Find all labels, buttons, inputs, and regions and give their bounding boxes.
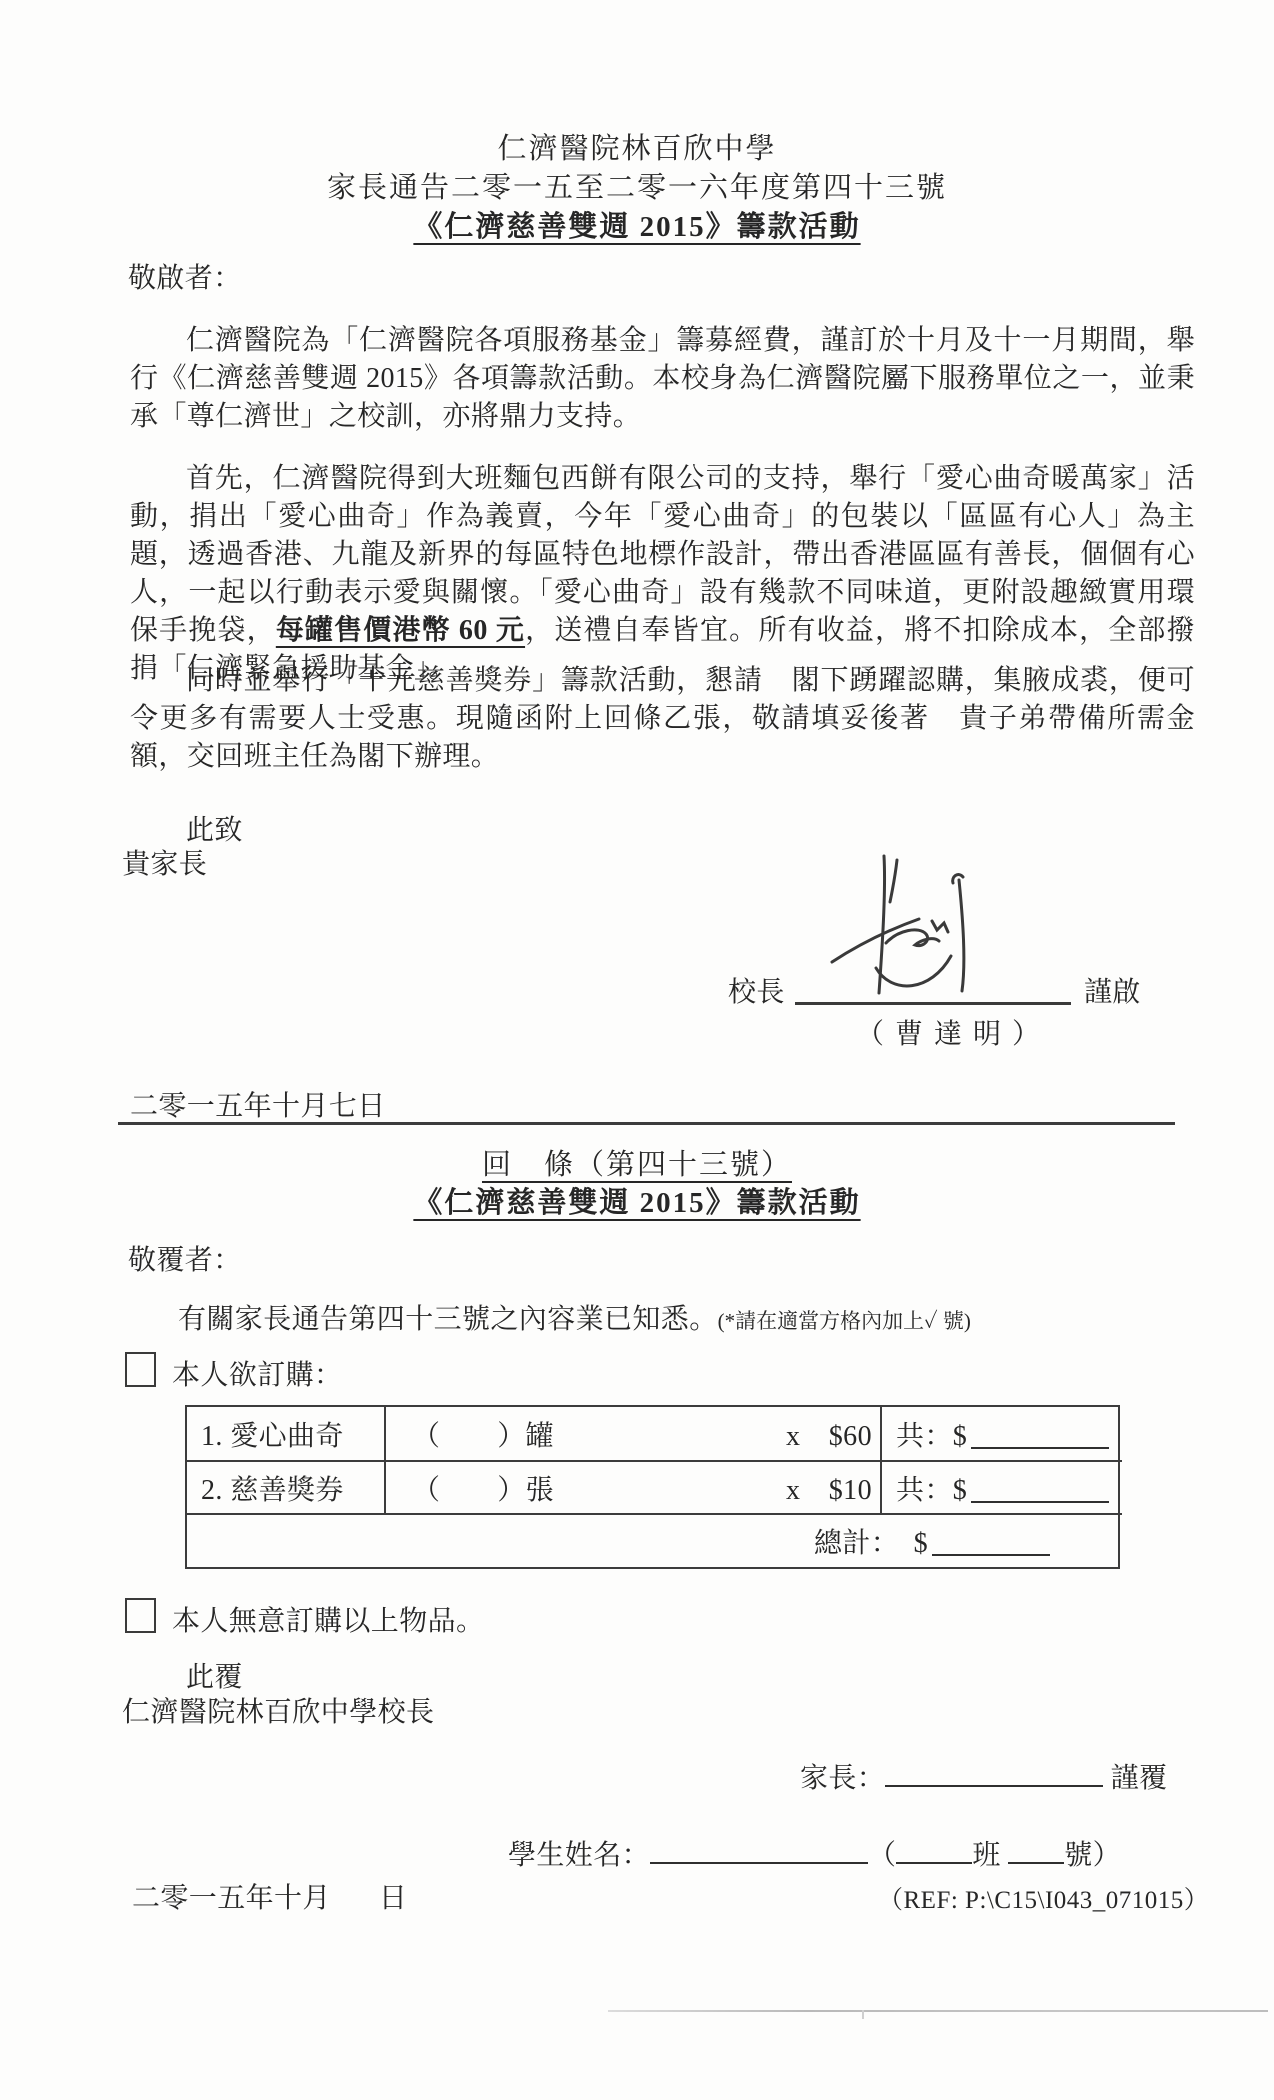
parent-closing: 謹覆 [1111, 1763, 1168, 1794]
purchase-checkbox [125, 1352, 156, 1387]
acknowledgement-line: 有關家長通告第四十三號之內容業已知悉。(*請在適當方格內加上✓ 號) [178, 1297, 971, 1337]
price-emphasis: 每罐售價港幣 60 元 [276, 615, 525, 646]
subtotal-label: 共：$ [896, 1468, 967, 1508]
principal-label: 校長 [728, 970, 785, 1010]
reply-closing-phrase: 此覆 [186, 1655, 243, 1695]
student-name-label: 學生姓名： [508, 1840, 650, 1871]
decline-option-label: 本人無意訂購以上物品。 [172, 1599, 484, 1639]
parent-name-blank [885, 1756, 1103, 1787]
purchase-option-label: 本人欲訂購： [172, 1353, 342, 1393]
item-name: 2. 慈善獎券 [201, 1468, 344, 1508]
decline-checkbox [125, 1598, 156, 1633]
scanned-parent-notice: 仁濟醫院林百欣中學 家長通告二零一五至二零一六年度第四十三號 《仁濟慈善雙週 2… [0, 0, 1274, 2100]
paragraph-3: 同時並舉行「十元慈善獎券」籌款活動，懇請 閣下踴躍認購，集腋成裘，便可令更多有需… [130, 662, 1195, 776]
paragraph-1-text: 仁濟醫院為「仁濟醫院各項服務基金」籌募經費，謹訂於十月及十一月期間，舉行《仁濟慈… [130, 325, 1195, 432]
quantity-cell: （ ）張 x $10 [384, 1462, 880, 1515]
reference-number: （REF: P:\C15\I043_071015） [878, 1880, 1209, 1916]
scan-artifact-line [608, 2010, 1268, 2012]
quantity-blank: （ ）罐 [412, 1414, 554, 1454]
parent-label: 家長： [800, 1763, 885, 1794]
reply-slip-heading: 回 條（第四十三號） [0, 1142, 1274, 1183]
scan-artifact-tick [862, 2010, 864, 2019]
total-label: 總計： $ [814, 1521, 928, 1561]
principal-signature [826, 850, 994, 1006]
class-suffix: 班 [972, 1840, 1000, 1871]
table-row: 2. 慈善獎券 [187, 1462, 384, 1515]
event-title: 《仁濟慈善雙週 2015》籌款活動 [0, 204, 1274, 245]
school-name: 仁濟醫院林百欣中學 [0, 126, 1274, 167]
table-row: 1. 愛心曲奇 [187, 1407, 384, 1462]
reply-salutation: 敬覆者： [128, 1238, 242, 1278]
unit-price: x $10 [786, 1468, 872, 1508]
quantity-blank: （ ）張 [412, 1468, 554, 1508]
salutation: 敬啟者： [128, 256, 242, 296]
section-divider [118, 1122, 1175, 1125]
quantity-cell: （ ）罐 x $60 [384, 1407, 880, 1462]
subtotal-cell: 共：$ [880, 1462, 1122, 1515]
acknowledgement-text: 有關家長通告第四十三號之內容業已知悉。 [178, 1304, 718, 1335]
item-name: 1. 愛心曲奇 [201, 1414, 344, 1454]
subtotal-blank [971, 1472, 1109, 1503]
subtotal-label: 共：$ [896, 1414, 967, 1454]
total-blank [932, 1526, 1050, 1557]
subtotal-blank [971, 1418, 1109, 1449]
unit-price: x $60 [786, 1414, 872, 1454]
principal-closing: 謹啟 [1084, 970, 1141, 1010]
parent-signature-row: 家長： 謹覆 [800, 1756, 1167, 1796]
signature-line [795, 1002, 1071, 1005]
letter-date: 二零一五年十月七日 [130, 1084, 386, 1124]
student-name-blank [650, 1833, 868, 1864]
paragraph-2: 首先，仁濟醫院得到大班麵包西餅有限公司的支持，舉行「愛心曲奇暖萬家」活動，捐出「… [130, 460, 1195, 688]
student-number-blank [1008, 1833, 1064, 1864]
class-bracket-open: （ [868, 1840, 896, 1871]
notice-number-line: 家長通告二零一五至二零一六年度第四十三號 [0, 165, 1274, 206]
principal-name: （曹達明） [856, 1012, 1051, 1052]
paragraph-1: 仁濟醫院為「仁濟醫院各項服務基金」籌募經費，謹訂於十月及十一月期間，舉行《仁濟慈… [130, 322, 1195, 436]
closing-recipient: 貴家長 [122, 842, 207, 882]
reply-closing-sender: 仁濟醫院林百欣中學校長 [122, 1690, 434, 1730]
paragraph-3-text: 同時並舉行「十元慈善獎券」籌款活動，懇請 閣下踴躍認購，集腋成裘，便可令更多有需… [130, 665, 1195, 772]
total-row: 總計： $ [187, 1515, 1122, 1567]
number-suffix: 號） [1064, 1840, 1121, 1871]
student-info-row: 學生姓名：（班 號） [508, 1833, 1121, 1873]
tick-instruction-note: (*請在適當方格內加上✓ 號) [718, 1309, 971, 1333]
reply-date: 二零一五年十月 [132, 1883, 331, 1914]
reply-date-row: 二零一五年十月日 [132, 1876, 407, 1916]
reply-date-day: 日 [379, 1883, 407, 1914]
class-blank [896, 1833, 972, 1864]
reply-slip-event-title: 《仁濟慈善雙週 2015》籌款活動 [0, 1180, 1274, 1221]
order-table: 1. 愛心曲奇 （ ）罐 x $60 共：$ 2. 慈善獎券 （ ）張 x $1… [185, 1405, 1120, 1569]
subtotal-cell: 共：$ [880, 1407, 1122, 1462]
